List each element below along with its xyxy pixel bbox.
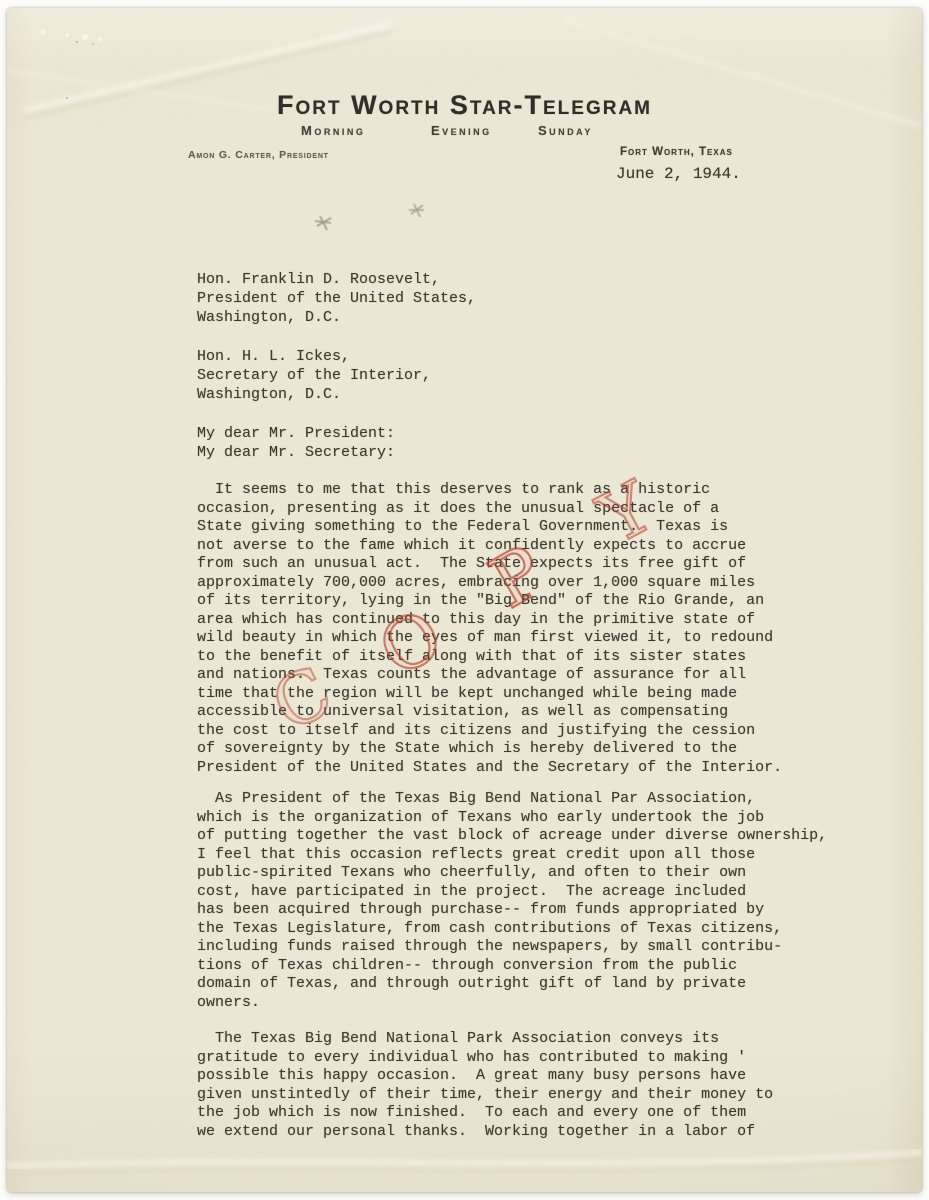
ink-smudge-right [409,204,424,217]
screenshot-root: { "document": { "kind": "Scanned typewri… [0,0,929,1200]
masthead-title: Fort Worth Star-Telegram [7,90,922,121]
letterhead-city: Fort Worth, Texas [620,146,733,158]
letter-date: June 2, 1944. [616,165,741,184]
letter-page: Fort Worth Star-Telegram Morning Evening… [7,8,922,1192]
edition-morning: Morning [301,123,365,138]
recipient-roosevelt: Hon. Franklin D. Roosevelt, President of… [197,270,476,327]
recipient-ickes: Hon. H. L. Ickes, Secretary of the Inter… [197,347,431,404]
ink-smudge-left [315,216,331,230]
paper-specks [41,30,103,42]
paragraph-3: The Texas Big Bend National Park Associa… [197,1030,862,1141]
letterhead-officer: Amon G. Carter, President [188,149,329,161]
paragraph-2: As President of the Texas Big Bend Natio… [197,790,862,1012]
edition-sunday: Sunday [538,123,593,138]
salutation: My dear Mr. President: My dear Mr. Secre… [197,424,395,462]
edition-evening: Evening [431,123,492,138]
